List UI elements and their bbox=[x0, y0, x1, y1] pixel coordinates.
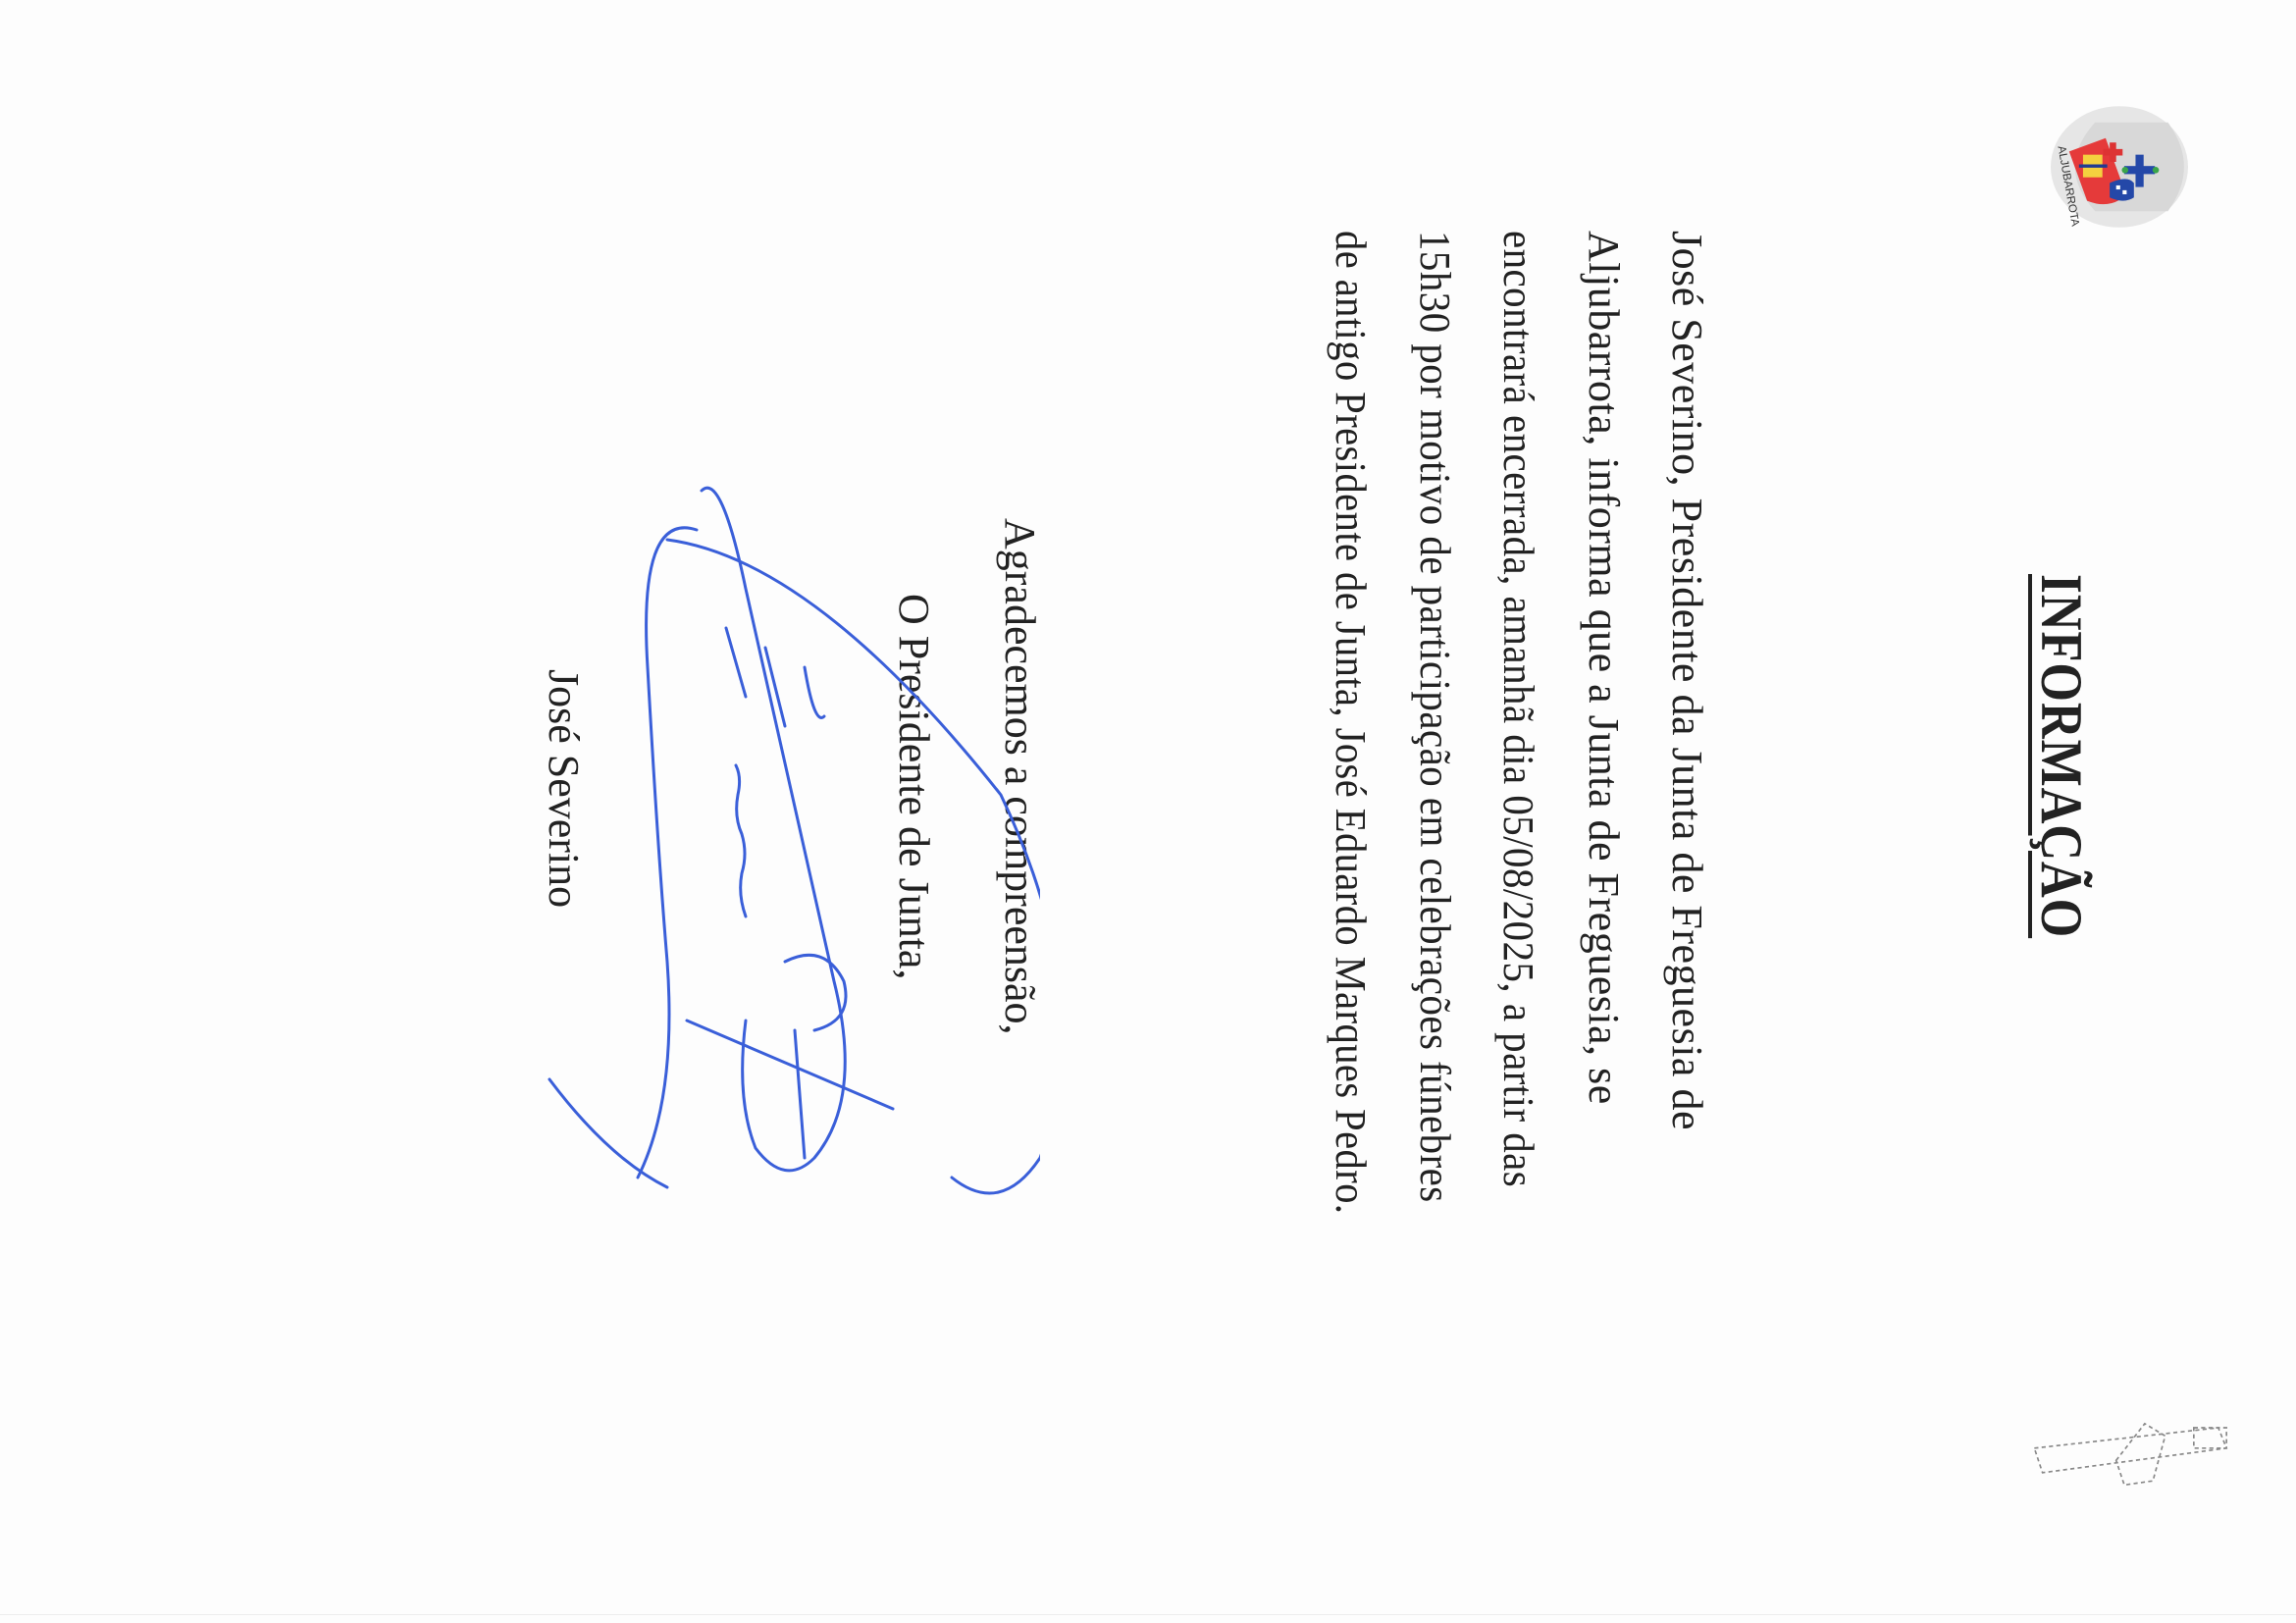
handwritten-signature-icon bbox=[491, 471, 1040, 1217]
scan-edge-line bbox=[0, 1614, 2296, 1615]
scanned-document-page: ALJUBARROTA INFORMAÇÃO José Severino, Pr… bbox=[0, 0, 2296, 1623]
body-line-4: 15h30 por motivo de participação em cele… bbox=[1410, 231, 1460, 1203]
body-line-5: de antigo Presidente de Junta, José Edua… bbox=[1326, 231, 1376, 1214]
body-line-2: Aljubarrota, informa que a Junta de Freg… bbox=[1579, 231, 1629, 1105]
document-title: INFORMAÇÃO bbox=[2027, 574, 2095, 938]
body-line-1: José Severino, Presidente da Junta de Fr… bbox=[1662, 231, 1712, 1130]
stamp-icon bbox=[2002, 1403, 2247, 1501]
body-line-3: encontrará encerrada, amanhã dia 05/08/2… bbox=[1493, 231, 1543, 1187]
coat-of-arms-icon: ALJUBARROTA bbox=[2021, 98, 2218, 236]
